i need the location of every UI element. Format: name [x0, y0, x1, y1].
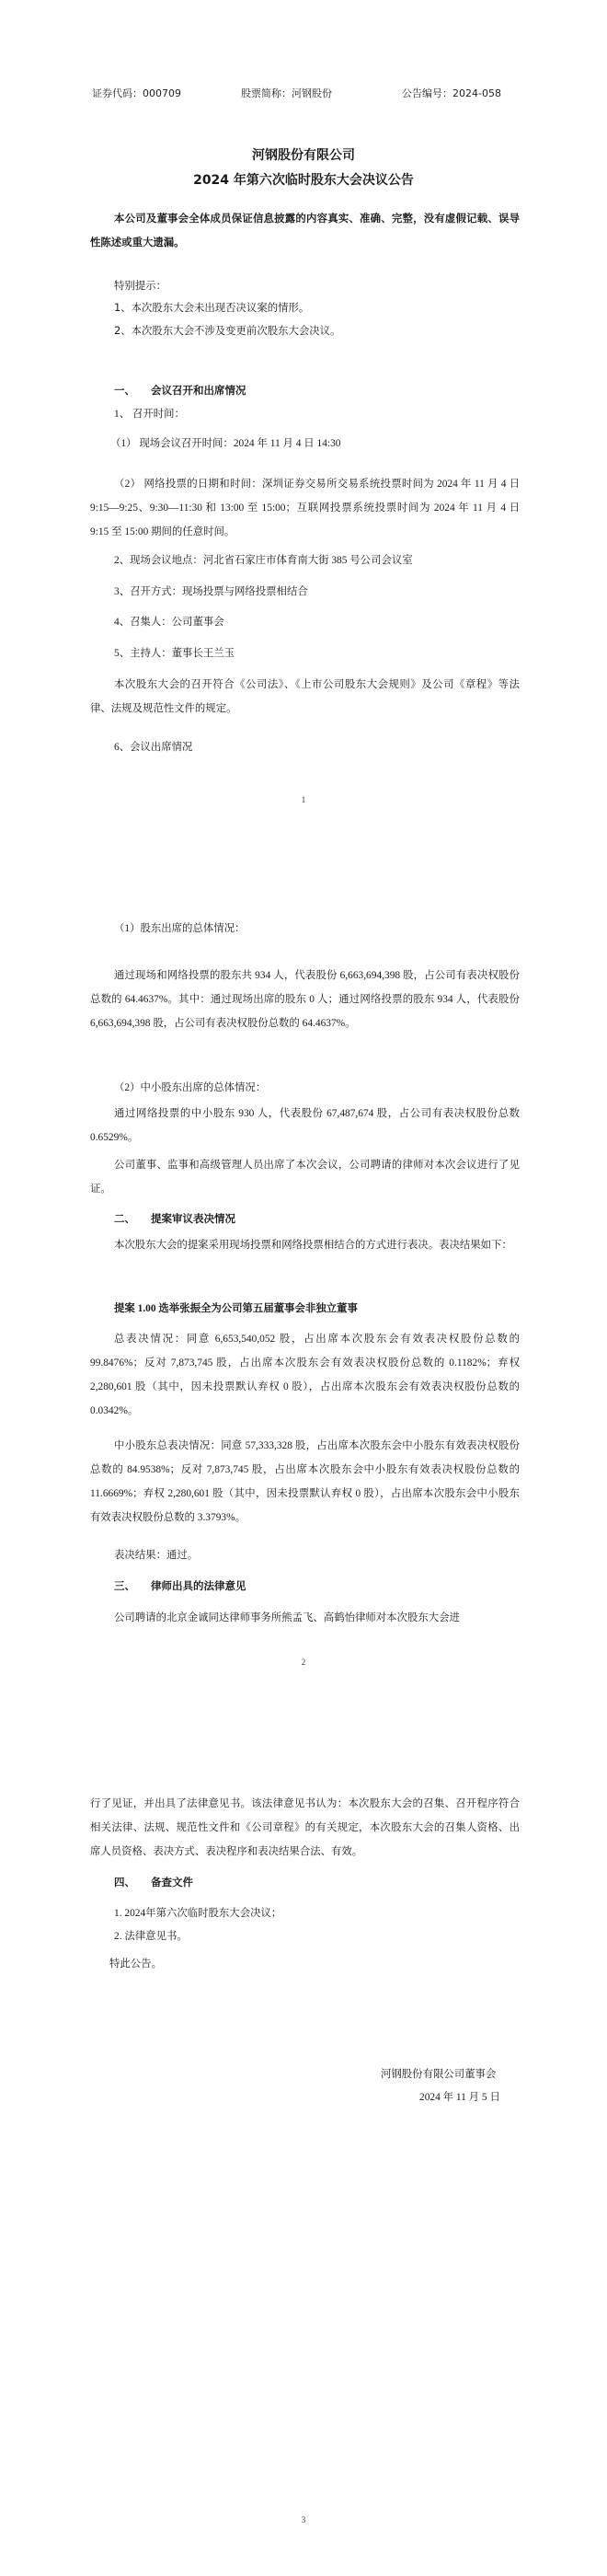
reference-doc-2: 2. 法律意见书。: [114, 1928, 188, 1943]
reference-doc-1: 1. 2024年第六次临时股东大会决议；: [114, 1905, 281, 1920]
section-number: 二、: [114, 1211, 151, 1226]
meeting-method: 3、召开方式：现场投票与网络投票相结合: [114, 583, 308, 598]
special-note-2: 2、本次股东大会不涉及变更前次股东大会决议。: [114, 323, 340, 338]
section-number: 三、: [114, 1578, 151, 1593]
section-title: 会议召开和出席情况: [151, 384, 246, 397]
signature-org: 河钢股份有限公司董事会: [381, 2066, 496, 2081]
overall-attendance-label: （1）股东出席的总体情况：: [114, 920, 245, 935]
attendance-label: 6、会议出席情况: [114, 739, 192, 754]
section-4-heading: 四、备查文件: [114, 1875, 193, 1889]
onsite-meeting-time: （1） 现场会议召开时间：2024 年 11 月 4 日 14:30: [110, 435, 341, 450]
meeting-location: 2、现场会议地点：河北省石家庄市体育南大街 385 号公司会议室: [114, 552, 413, 567]
compliance-statement: 本次股东大会的召开符合《公司法》、《上市公司股东大会规则》及公司《章程》等法律、…: [90, 673, 520, 721]
minority-attendance-label: （2）中小股东出席的总体情况：: [114, 1080, 266, 1094]
section-2-heading: 二、提案审议表决情况: [114, 1211, 235, 1226]
section-title: 备查文件: [151, 1876, 193, 1889]
signature-date: 2024 年 11 月 5 日: [419, 2089, 500, 2104]
officers-attendance-text: 公司董事、监事和高级管理人员出席了本次会议，公司聘请的律师对本次会议进行了见证。: [90, 1153, 520, 1201]
meeting-time-label: 1、 召开时间：: [114, 406, 185, 421]
convener: 4、召集人：公司董事会: [114, 614, 224, 629]
section-1-heading: 一、会议召开和出席情况: [114, 383, 246, 398]
minority-vote-result: 中小股东总表决情况：同意 57,333,328 股，占出席本次股东会中小股东有效…: [90, 1434, 520, 1530]
voting-intro: 本次股东大会的提案采用现场投票和网络投票相结合的方式进行表决。表决结果如下：: [90, 1233, 520, 1257]
disclosure-statement: 本公司及董事会全体成员保证信息披露的内容真实、准确、完整，没有虚假记载、误导性陈…: [90, 206, 520, 254]
legal-opinion-text-cont: 行了见证，并出具了法律意见书。该法律意见书认为：本次股东大会的召集、召开程序符合…: [90, 1792, 520, 1864]
section-title: 提案审议表决情况: [151, 1212, 235, 1225]
company-title: 河钢股份有限公司: [0, 145, 607, 164]
notice-number: 公告编号：2024-058: [402, 86, 501, 100]
page-2: （1）股东出席的总体情况： 通过现场和网络投票的股东共 934 人，代表股份 6…: [0, 861, 607, 1721]
page-number: 1: [0, 795, 607, 804]
online-voting-time: （2） 网络投票的日期和时间：深圳证券交易所交易系统投票时间为 2024 年 1…: [90, 472, 520, 544]
page-number: 2: [0, 1658, 607, 1667]
overall-attendance-text: 通过现场和网络投票的股东共 934 人，代表股份 6,663,694,398 股…: [90, 964, 520, 1035]
page-3: 行了见证，并出具了法律意见书。该法律意见书认为：本次股东大会的召集、召开程序符合…: [0, 1721, 607, 2576]
proposal-1-title: 提案 1.00 选举张振全为公司第五届董事会非独立董事: [114, 1300, 358, 1315]
total-vote-result: 总表决情况：同意 6,653,540,052 股，占出席本次股东会有效表决权股份…: [90, 1327, 520, 1423]
section-number: 一、: [114, 383, 151, 398]
special-notes-label: 特别提示：: [114, 278, 166, 293]
vote-outcome: 表决结果：通过。: [114, 1547, 198, 1562]
minority-attendance-text: 通过网络投票的中小股东 930 人，代表股份 67,487,674 股，占公司有…: [90, 1102, 520, 1149]
page-number: 3: [0, 2515, 607, 2524]
section-title: 律师出具的法律意见: [151, 1579, 246, 1592]
stock-code: 证券代码：000709: [92, 86, 181, 100]
closing-statement: 特此公告。: [109, 1956, 162, 1970]
stock-short-name: 股票简称：河钢股份: [241, 86, 332, 100]
host: 5、主持人：董事长王兰玉: [114, 645, 235, 660]
special-note-1: 1、本次股东大会未出现否决议案的情形。: [114, 300, 309, 315]
section-3-heading: 三、律师出具的法律意见: [114, 1578, 246, 1593]
section-number: 四、: [114, 1875, 151, 1889]
legal-opinion-text-start: 公司聘请的北京金诚同达律师事务所熊孟飞、高鹤怡律师对本次股东大会进: [114, 1610, 460, 1624]
page-1: 证券代码：000709 股票简称：河钢股份 公告编号：2024-058 河钢股份…: [0, 0, 607, 861]
notice-title: 2024 年第六次临时股东大会决议公告: [0, 170, 607, 189]
